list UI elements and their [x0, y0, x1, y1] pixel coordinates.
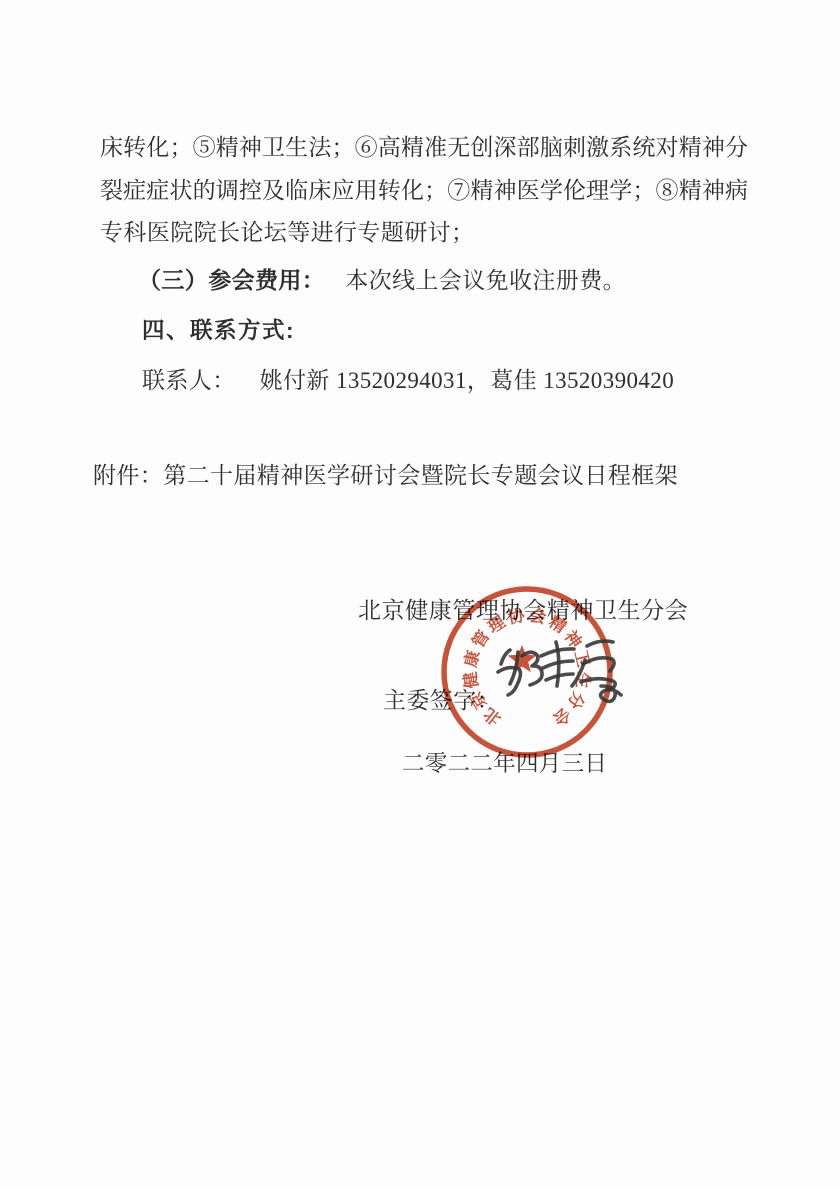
contact-line: 联系人：姚付新 13520294031，葛佳 13520390420: [142, 366, 674, 396]
seal-ring-char: 健: [459, 670, 481, 691]
contact-text: 姚付新 13520294031，葛佳 13520390420: [260, 368, 675, 393]
seal-ring-char: 康: [460, 648, 483, 669]
body-text-line-2: 裂症症状的调控及临床应用转化；⑦精神医学伦理学；⑧精神病: [100, 176, 748, 206]
contact-label: 联系人：: [142, 366, 236, 396]
seal-ring-char: 理: [484, 612, 509, 637]
fee-item-text: 本次线上会议免收注册费。: [345, 268, 626, 293]
attachment-line: 附件：第二十届精神医学研讨会暨院长专题会议日程框架: [93, 461, 678, 491]
seal-ring-char: 会: [528, 605, 548, 628]
seal-ring-char: 京: [465, 688, 491, 713]
scanned-document-page: 床转化；⑤精神卫生法；⑥高精准无创深部脑刺激系统对精神分 裂症症状的调控及临床应…: [0, 0, 840, 1187]
body-text-line-1: 床转化；⑤精神卫生法；⑥高精准无创深部脑刺激系统对精神分: [100, 133, 748, 163]
seal-ring-char: 协: [506, 605, 526, 628]
body-text-line-3: 专科医院院长论坛等进行专题研讨；: [100, 218, 474, 248]
signature-handwriting: [498, 641, 621, 701]
official-red-seal: 北京健康管理协会精神卫生分会: [415, 560, 645, 790]
fee-item-line: （三）参会费用：本次线上会议免收注册费。: [138, 266, 626, 296]
fee-item-label: （三）参会费用：: [138, 266, 325, 296]
contact-section-heading: 四、联系方式:: [142, 316, 295, 346]
seal-ring-char: 会: [549, 704, 575, 730]
